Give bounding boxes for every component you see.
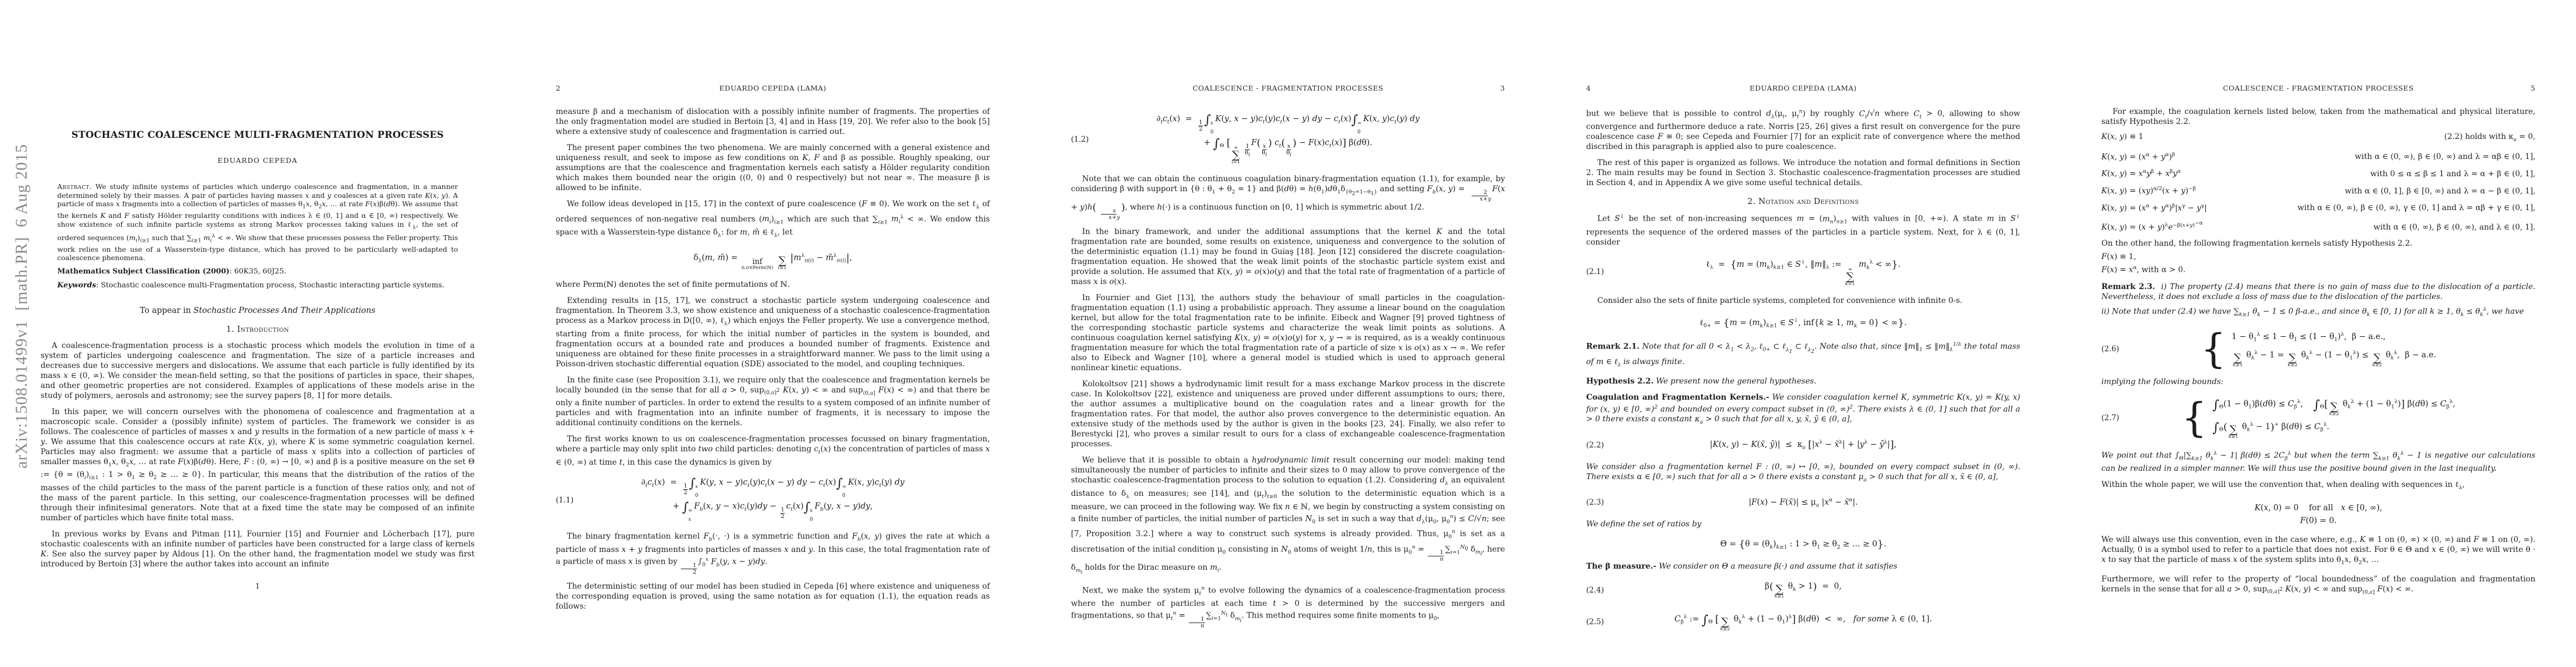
meta-line: Mathematics Subject Classification (2000…: [57, 267, 458, 276]
section-heading: 1. Introduction: [41, 325, 475, 335]
equation-line: ℓ0+ = {m = (mk)k≥1 ∈ S↓, inf{k ≥ 1, mk =…: [1700, 316, 1907, 331]
running-title: COALESCENCE - FRAGMENTATION PROCESSES: [1095, 84, 1481, 92]
equation: (2.1)ℓλ = {m = (mk)k≥1 ∈ S↓, ‖m‖λ := ∞∑k…: [1586, 255, 2020, 290]
kernel-condition: with 0 ≤ α ≤ β ≤ 1 and λ = α + β ∈ (0, 1…: [2370, 169, 2535, 179]
equation-number: (2.6): [2101, 344, 2119, 354]
paragraph: The β measure.- We consider on Θ a measu…: [1586, 561, 2020, 571]
kernel-condition: with α ∈ (0, ∞), β ∈ (0, ∞) and λ = αβ ∈…: [2355, 152, 2535, 162]
page-number-right: 3: [1481, 84, 1505, 92]
equation-number: (2.7): [2101, 413, 2119, 423]
kernel-condition: with α ∈ (0, 1], β ∈ [0, ∞) and λ = α − …: [2345, 186, 2535, 196]
paragraph: In previous works by Evans and Pitman [1…: [41, 529, 475, 569]
paragraph: We follow ideas developed in [15, 17] in…: [556, 199, 990, 241]
page-number-left: 2: [556, 84, 580, 92]
paragraph: Furthermore, we will refer to the proper…: [2101, 574, 2535, 598]
page-body: For example, the coagulation kernels lis…: [2101, 104, 2535, 597]
paragraph: We point out that ∫Θ|∑k≥1 θkλ − 1| β(dθ)…: [2101, 449, 2535, 474]
running-title: EDUARDO CEPEDA (LAMA): [1611, 84, 1996, 92]
equation-number: (2.5): [1586, 617, 1604, 627]
paragraph: In Fournier and Giet [13], the authors s…: [1071, 293, 1505, 373]
equation-body: K(x, 0) = 0 for all x ∈ [0, ∞),F(0) = 0.: [2255, 500, 2383, 529]
running-title: EDUARDO CEPEDA (LAMA): [580, 84, 965, 92]
paragraph: The deterministic setting of our model h…: [556, 581, 990, 611]
running-header: 2EDUARDO CEPEDA (LAMA): [556, 84, 990, 92]
paragraph: Consider also the sets of finite particl…: [1586, 296, 2020, 306]
section-heading: 2. Notation and Definitions: [1586, 197, 2020, 207]
equation-number: (1.2): [1071, 135, 1089, 145]
equation: Θ = {θ = (θk)k≥1 : 1 > θ1 ≥ θ2 ≥ … ≥ 0}.: [1586, 536, 2020, 555]
running-title: COALESCENCE - FRAGMENTATION PROCESSES: [2126, 84, 2511, 92]
paper-title: STOCHASTIC COALESCENCE MULTI-FRAGMENTATI…: [41, 129, 475, 141]
equation-body: Cβλ := ∫Θ [∑k≥2 θkλ + (1 − θ1)λ] β(dθ) <…: [1675, 609, 1932, 635]
paragraph: We will always use this convention, even…: [2101, 535, 2535, 568]
paragraph: Next, we make the system μtn to evolve f…: [1071, 584, 1505, 629]
equation-line: |K(x, y) − K(x̃, ỹ)| ≤ κa [|xλ − x̃λ| +…: [1710, 437, 1897, 453]
equation-line: β(∑k≥1 θk > 1) = 0,: [1765, 581, 1841, 599]
equation: (2.3)|F(x) − F(x̃)| ≤ μa |xα − x̃α|.: [1586, 492, 2020, 514]
paragraph: Remark 2.1. Note that for all 0 < λ1 < λ…: [1586, 340, 2020, 370]
kernel-row: K(x, y) = (xy)α/2(x + y)−βwith α ∈ (0, 1…: [2101, 184, 2535, 196]
equation-number: (2.1): [1586, 267, 1604, 277]
page-number: 1: [0, 583, 515, 591]
paragraph: In the binary framework, and under the a…: [1071, 227, 1505, 287]
equation: ℓ0+ = {m = (mk)k≥1 ∈ S↓, inf{k ≥ 1, mk =…: [1586, 313, 2020, 334]
paragraph: Hypothesis 2.2. We present now the gener…: [1586, 376, 2020, 386]
equation-line: + ∫∞xFb(x, y − x)ct(y)dy − 12ct(x)∫x0Fb(…: [641, 501, 905, 522]
pages-row: 1STOCHASTIC COALESCENCE MULTI-FRAGMENTAT…: [0, 0, 2576, 667]
paragraph: Coagulation and Fragmentation Kernels.- …: [1586, 392, 2020, 427]
paragraph: In this paper, we will concern ourselves…: [41, 407, 475, 524]
author-name: EDUARDO CEPEDA: [41, 156, 475, 166]
paragraph: where Perm(ℕ) denotes the set of finite …: [556, 280, 990, 290]
equation-number: (1.1): [556, 495, 574, 505]
kernel-formula: K(x, y) = (xα + yα)β|xγ − yγ|: [2101, 201, 2207, 213]
paragraph: Extending results in [15, 17], we constr…: [556, 296, 990, 369]
running-header: COALESCENCE - FRAGMENTATION PROCESSES3: [1071, 84, 1505, 92]
equation-body: |K(x, y) − K(x̃, ỹ)| ≤ κa [|xλ − x̃λ| +…: [1710, 435, 1897, 456]
paragraph: For example, the coagulation kernels lis…: [2101, 107, 2535, 127]
running-header: COALESCENCE - FRAGMENTATION PROCESSES5: [2101, 84, 2535, 92]
left-brace: {: [2201, 333, 2226, 365]
to-appear-line: To appear in Stochastic Processes And Th…: [41, 306, 475, 316]
equation-number: (2.2): [1586, 440, 1604, 450]
paragraph: We define the set of ratios by: [1586, 519, 2020, 529]
arxiv-stamp: arXiv:1508.01499v1 [math.PR] 6 Aug 2015: [12, 144, 31, 469]
kernel-condition: with α ∈ (0, ∞), β ∈ (0, ∞), γ ∈ (0, 1] …: [2298, 203, 2535, 213]
paragraph: Note that we can obtain the continuous c…: [1071, 174, 1505, 221]
equation: δλ(m, m̃) = infπ,σ∈Perm(ℕ) ∑i≥1 |mλπ(i) …: [556, 248, 990, 273]
equation-line: ∫Θ(∑k≥1 θkλ − 1)+ β(dθ) ≤ Cβλ.: [2213, 420, 2455, 440]
paragraph: measure β and a mechanism of dislocation…: [556, 107, 990, 137]
equation: (2.5)Cβλ := ∫Θ [∑k≥2 θkλ + (1 − θ1)λ] β(…: [1586, 609, 2020, 635]
kernel-row: K(x, y) = xαyβ + xβyαwith 0 ≤ α ≤ β ≤ 1 …: [2101, 167, 2535, 179]
equation-line: Θ = {θ = (θk)k≥1 : 1 > θ1 ≥ θ2 ≥ … ≥ 0}.: [1720, 539, 1886, 552]
equation-lines: 1 − θ1λ ≤ 1 − θ1 ≤ (1 − θ1)λ, β − a.e.,∑…: [2231, 327, 2436, 371]
kernel-formula: K(x, y) = (x + y)λe−β(x+y)−α: [2101, 218, 2203, 232]
page-1: 1STOCHASTIC COALESCENCE MULTI-FRAGMENTAT…: [0, 0, 515, 667]
equation: (2.7){∫Θ(1 − θ1)β(dθ) ≤ Cβλ, ∫Θ[∑k≥2 θkλ…: [2101, 394, 2535, 442]
equation-line: + ∫Θ [∞∑i=1 1θiF(xθi) ct(xθi) − F(x)ct(x…: [1157, 138, 1420, 165]
paragraph: implying the following bounds:: [2101, 377, 2535, 387]
page-2: 2EDUARDO CEPEDA (LAMA)measure β and a me…: [515, 0, 1030, 667]
equation: (2.2)|K(x, y) − K(x̃, ỹ)| ≤ κa [|xλ − x…: [1586, 435, 2020, 456]
equation-line: K(x, 0) = 0 for all x ∈ [0, ∞),: [2255, 503, 2383, 513]
equation-body: ∂tct(x) = 12∫x0K(y, x − y)ct(y)ct(x − y)…: [641, 475, 905, 525]
page-3: COALESCENCE - FRAGMENTATION PROCESSES3(1…: [1030, 0, 1546, 667]
kernel-row: K(x, y) = (x + y)λe−β(x+y)−αwith α ∈ (0,…: [2101, 218, 2535, 232]
equation: (1.1)∂tct(x) = 12∫x0K(y, x − y)ct(y)ct(x…: [556, 475, 990, 525]
paragraph: The binary fragmentation kernel Fb(·, ·)…: [556, 531, 990, 575]
equation-line: 1 − θ1λ ≤ 1 − θ1 ≤ (1 − θ1)λ, β − a.e.,: [2231, 330, 2436, 345]
page-body: measure β and a mechanism of dislocation…: [556, 104, 990, 611]
paragraph: The first works known to us on coalescen…: [556, 434, 990, 467]
equation-line: Cβλ := ∫Θ [∑k≥2 θkλ + (1 − θ1)λ] β(dθ) <…: [1675, 612, 1932, 632]
kernel-formula: K(x, y) = (xy)α/2(x + y)−β: [2101, 184, 2196, 196]
equation-line: F(0) = 0.: [2255, 516, 2383, 526]
equation-line: |F(x) − F(x̃)| ≤ μa |xα − x̃α|.: [1748, 495, 1857, 511]
paragraph: Let S↓ be the set of non-increasing sequ…: [1586, 212, 2020, 247]
left-brace: {: [2181, 402, 2207, 434]
equation-body: {1 − θ1λ ≤ 1 − θ1 ≤ (1 − θ1)λ, β − a.e.,…: [2201, 327, 2437, 371]
paragraph: On the other hand, the following fragmen…: [2101, 238, 2535, 248]
paragraph: ii) Note that under (2.4) we have ∑k≥1 θ…: [2101, 305, 2535, 320]
kernel-row: K(x, y) = (xα + yα)β|xγ − yγ|with α ∈ (0…: [2101, 201, 2535, 213]
brace-group: {∫Θ(1 − θ1)β(dθ) ≤ Cβλ, ∫Θ[∑k≥2 θkλ + (1…: [2181, 394, 2455, 442]
brace-group: {1 − θ1λ ≤ 1 − θ1 ≤ (1 − θ1)λ, β − a.e.,…: [2201, 327, 2437, 371]
page-number-right: 5: [2511, 84, 2535, 92]
equation-body: ℓ0+ = {m = (mk)k≥1 ∈ S↓, inf{k ≥ 1, mk =…: [1700, 313, 1907, 334]
equation-line: ∂tct(x) = 12∫x0K(y, x − y)ct(y)ct(x − y)…: [641, 477, 905, 499]
page-body: but we believe that is possible to contr…: [1586, 104, 2020, 641]
paragraph: We consider also a fragmentation kernel …: [1586, 462, 2020, 485]
paragraph: The rest of this paper is organized as f…: [1586, 158, 2020, 188]
equation-body: Θ = {θ = (θk)k≥1 : 1 > θ1 ≥ θ2 ≥ … ≥ 0}.: [1720, 536, 1886, 555]
paragraph: In the finite case (see Proposition 3.1)…: [556, 375, 990, 429]
page-number-left: 4: [1586, 84, 1611, 92]
kernel-row: K(x, y) ≡ 1(2.2) holds with κa = 0,: [2101, 132, 2535, 145]
kernel-formula: K(x, y) ≡ 1: [2101, 132, 2144, 142]
equation-line: ∫Θ(1 − θ1)β(dθ) ≤ Cβλ, ∫Θ[∑k≥2 θkλ + (1 …: [2213, 397, 2455, 417]
kernel-formula: K(x, y) = (xα + yα)β: [2101, 150, 2175, 162]
page-body: (1.2)∂tct(x) = 12∫x0K(y, x − y)ct(y)ct(x…: [1071, 104, 1505, 629]
paragraph: The present paper combines the two pheno…: [556, 143, 990, 193]
kernel-row: K(x, y) = (xα + yα)βwith α ∈ (0, ∞), β ∈…: [2101, 150, 2535, 162]
equation-body: |F(x) − F(x̃)| ≤ μa |xα − x̃α|.: [1748, 492, 1857, 514]
equation-body: ∂tct(x) = 12∫x0K(y, x − y)ct(y)ct(x − y)…: [1157, 111, 1420, 168]
equation-body: δλ(m, m̃) = infπ,σ∈Perm(ℕ) ∑i≥1 |mλπ(i) …: [694, 248, 852, 273]
running-header: 4EDUARDO CEPEDA (LAMA): [1586, 84, 2020, 92]
equation-number: (2.4): [1586, 585, 1604, 595]
equation-line: ∂tct(x) = 12∫x0K(y, x − y)ct(y)ct(x − y)…: [1157, 114, 1420, 135]
equation-line: ℓλ = {m = (mk)k≥1 ∈ S↓, ‖m‖λ := ∞∑k=1 mk…: [1706, 257, 1901, 287]
paragraph: A coalescence-fragmentation process is a…: [41, 341, 475, 401]
abstract: Abstract. We study infinite systems of p…: [57, 182, 458, 262]
kernel-condition: with α ∈ (0, ∞), β ∈ (0, ∞), and λ ∈ (0,…: [2374, 222, 2535, 232]
paragraph: F(x) ≡ 1,F(x) = xα, with α > 0.: [2101, 251, 2535, 276]
paragraph: Within the whole paper, we will use the …: [2101, 480, 2535, 493]
paragraph: Kolokoltsov [21] shows a hydrodynamic li…: [1071, 379, 1505, 449]
kernel-formula: K(x, y) = xαyβ + xβyα: [2101, 167, 2181, 179]
equation: (1.2)∂tct(x) = 12∫x0K(y, x − y)ct(y)ct(x…: [1071, 111, 1505, 168]
equation-body: {∫Θ(1 − θ1)β(dθ) ≤ Cβλ, ∫Θ[∑k≥2 θkλ + (1…: [2181, 394, 2455, 442]
equation: (2.6){1 − θ1λ ≤ 1 − θ1 ≤ (1 − θ1)λ, β − …: [2101, 327, 2535, 371]
meta-line: Keywords: Stochastic coalescence multi-F…: [57, 281, 458, 290]
equation-line: δλ(m, m̃) = infπ,σ∈Perm(ℕ) ∑i≥1 |mλπ(i) …: [694, 251, 852, 271]
equation-number: (2.3): [1586, 497, 1604, 507]
equation-line: ∑k≥1 θkλ − 1 = ∑k≥2 θkλ − (1 − θ1λ) ≤ ∑k…: [2231, 348, 2436, 368]
page-body: STOCHASTIC COALESCENCE MULTI-FRAGMENTATI…: [41, 129, 475, 569]
paragraph: Remark 2.3. i) The property (2.4) means …: [2101, 282, 2535, 302]
equation-lines: ∫Θ(1 − θ1)β(dθ) ≤ Cβλ, ∫Θ[∑k≥2 θkλ + (1 …: [2213, 394, 2455, 442]
equation-body: ℓλ = {m = (mk)k≥1 ∈ S↓, ‖m‖λ := ∞∑k=1 mk…: [1706, 255, 1901, 290]
pdf-document: arXiv:1508.01499v1 [math.PR] 6 Aug 2015 …: [0, 0, 2576, 667]
equation: K(x, 0) = 0 for all x ∈ [0, ∞),F(0) = 0.: [2101, 500, 2535, 529]
equation: (2.4)β(∑k≥1 θk > 1) = 0,: [1586, 579, 2020, 602]
page-5: COALESCENCE - FRAGMENTATION PROCESSES5Fo…: [2061, 0, 2576, 667]
paragraph: but we believe that is possible to contr…: [1586, 107, 2020, 152]
equation-body: β(∑k≥1 θk > 1) = 0,: [1765, 579, 1841, 602]
paragraph: We believe that it is possible to obtain…: [1071, 455, 1505, 578]
page-4: 4EDUARDO CEPEDA (LAMA)but we believe tha…: [1546, 0, 2061, 667]
kernel-condition: (2.2) holds with κa = 0,: [2444, 132, 2535, 145]
